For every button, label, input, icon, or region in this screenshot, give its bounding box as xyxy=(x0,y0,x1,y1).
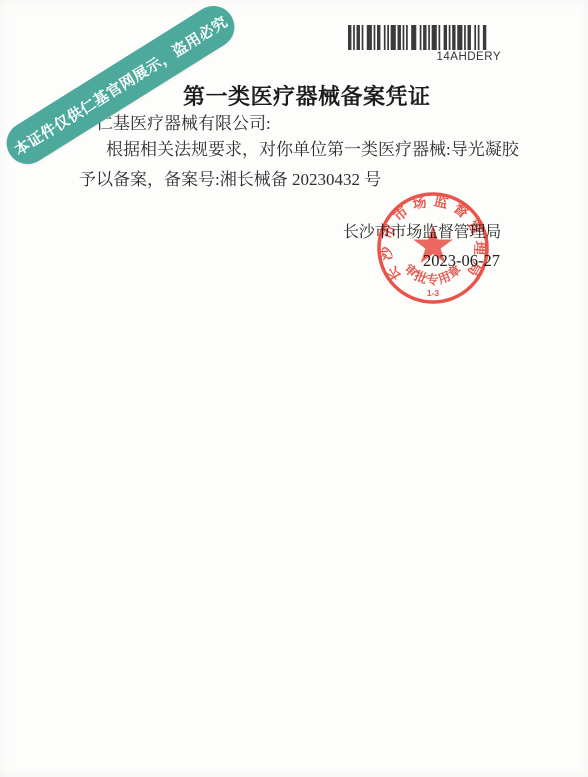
barcode-image xyxy=(348,25,488,50)
certificate-page: 本证件仅供仁基官网展示，盗用必究 14AHDERY 第一类医疗器械备案凭证 长沙… xyxy=(0,0,588,777)
body-registration: 予以备案，备案号:湘长械备 20230432 号 xyxy=(79,170,381,190)
stamp-bottom-text: 审批专用章 xyxy=(401,261,464,287)
stamp-star-icon xyxy=(413,225,453,263)
body-clause: 根据相关法规要求，对你单位第一类医疗器械:导光凝胶 xyxy=(106,140,519,160)
barcode-label: 14AHDERY xyxy=(348,51,501,63)
barcode-block: 14AHDERY xyxy=(348,25,501,63)
stamp-serial: 1-3 xyxy=(427,288,440,298)
official-stamp: 长沙市市场监督管理局 审批专用章 1-3 xyxy=(371,186,495,310)
certificate-title: 第一类医疗器械备案凭证 xyxy=(183,80,431,111)
